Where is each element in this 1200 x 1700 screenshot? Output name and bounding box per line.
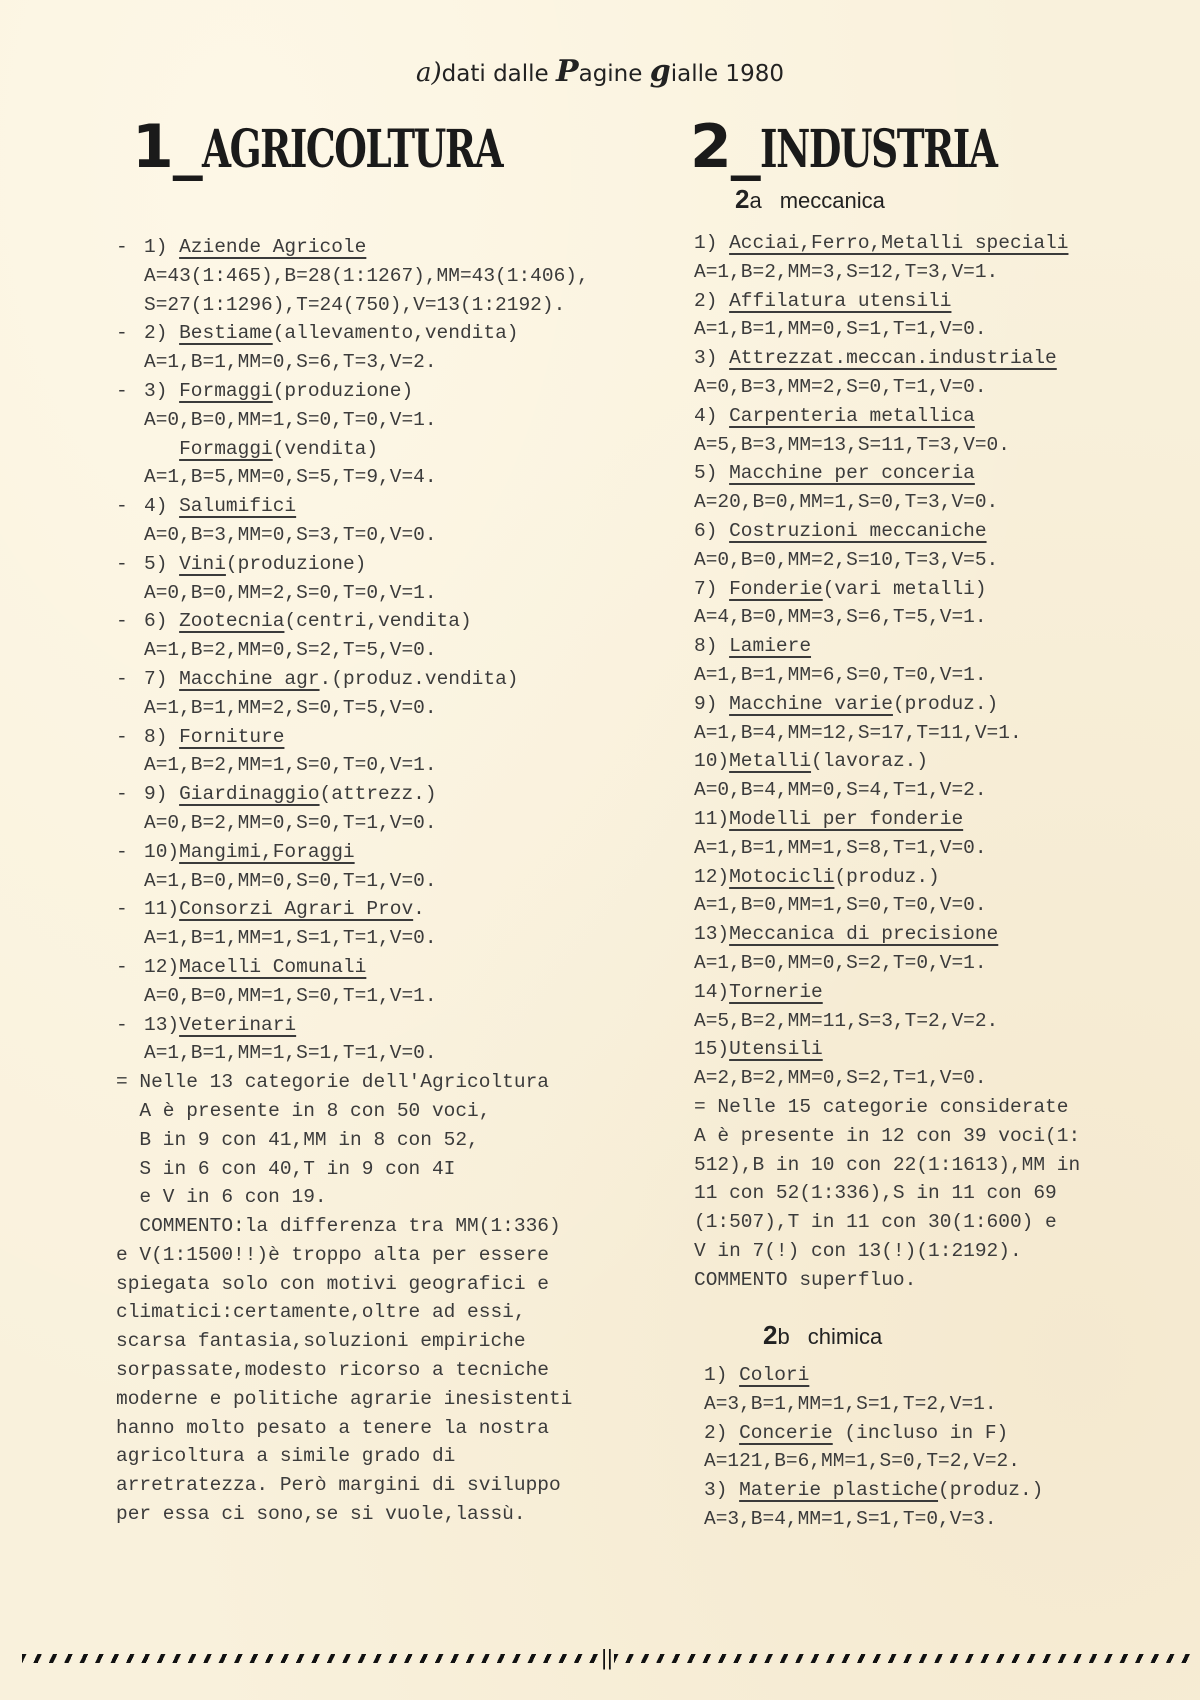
agricoltura-comment: e V(1:1500!!)è troppo alta per esserespi… (116, 1241, 676, 1529)
item-values: A=1,B=0,MM=0,S=2,T=0,V=1. (694, 949, 1174, 978)
item-number: 3) (694, 347, 729, 369)
subsection-letter: b (777, 1324, 789, 1349)
list-item-heading: 3) Attrezzat.meccan.industriale (694, 344, 1174, 373)
item-number: 2) (694, 290, 729, 312)
list-item-heading: 10)Metalli(lavoraz.) (694, 747, 1174, 776)
item-values: A=1,B=2,MM=3,S=12,T=3,V=1. (694, 258, 1174, 287)
subsection-meccanica: 2ameccanica (735, 184, 885, 215)
item-name: Affilatura utensili (729, 290, 951, 312)
agricoltura-list: -1) Aziende AgricoleA=43(1:465),B=28(1:1… (116, 233, 676, 1529)
item-number: 11) (144, 898, 179, 920)
summary-line: 512),B in 10 con 22(1:1613),MM in (694, 1151, 1174, 1180)
item-values: A=0,B=0,MM=2,S=10,T=3,V=5. (694, 546, 1174, 575)
item-number: 14) (694, 981, 729, 1003)
item-name: Mangimi,Foraggi (179, 841, 355, 863)
header-g-initial: g (650, 54, 671, 89)
item-qualifier: (incluso in F) (833, 1422, 1009, 1444)
summary-line: = Nelle 13 categorie dell'Agricoltura (116, 1068, 676, 1097)
list-item-heading: Formaggi(vendita) (116, 435, 676, 464)
item-name: Tornerie (729, 981, 823, 1003)
item-number: 5) (694, 462, 729, 484)
list-item-heading: 1) Acciai,Ferro,Metalli speciali (694, 229, 1174, 258)
item-qualifier: (centri,vendita) (284, 610, 471, 632)
footer-hatched-rule: || (22, 1652, 1192, 1664)
item-name: Colori (739, 1364, 809, 1386)
item-values: A=0,B=0,MM=2,S=0,T=0,V=1. (116, 579, 676, 608)
item-number: 9) (144, 783, 179, 805)
subsection-number: 2 (735, 184, 749, 214)
item-values: A=20,B=0,MM=1,S=0,T=3,V=0. (694, 488, 1174, 517)
summary-line: COMMENTO:la differenza tra MM(1:336) (116, 1212, 676, 1241)
summary-line: A è presente in 12 con 39 voci(1: (694, 1122, 1174, 1151)
item-number: 10) (144, 841, 179, 863)
subsection-chimica: 2bchimica (763, 1320, 882, 1351)
item-values: A=5,B=2,MM=11,S=3,T=2,V=2. (694, 1007, 1174, 1036)
section-title-agricoltura: 1_AGRICOLTURA (132, 112, 619, 182)
item-name: Attrezzat.meccan.industriale (729, 347, 1057, 369)
item-number: 3) (144, 380, 179, 402)
list-marker: - (116, 665, 144, 694)
item-number: 13) (144, 1014, 179, 1036)
list-item-heading: -11)Consorzi Agrari Prov. (116, 895, 676, 924)
item-number: 7) (694, 578, 729, 600)
item-qualifier: (vari metalli) (823, 578, 987, 600)
item-values: A=1,B=1,MM=0,S=1,T=1,V=0. (694, 315, 1174, 344)
list-item-heading: -7) Macchine agr.(produz.vendita) (116, 665, 676, 694)
summary-line: 11 con 52(1:336),S in 11 con 69 (694, 1179, 1174, 1208)
item-name: Giardinaggio (179, 783, 319, 805)
item-qualifier: (lavoraz.) (811, 750, 928, 772)
item-name: Macchine agr (179, 668, 319, 690)
item-values: A=1,B=1,MM=1,S=8,T=1,V=0. (694, 834, 1174, 863)
list-item-heading: 2) Affilatura utensili (694, 287, 1174, 316)
summary-line: (1:507),T in 11 con 30(1:600) e (694, 1208, 1174, 1237)
subsection-label: chimica (808, 1324, 883, 1349)
list-item-heading: -6) Zootecnia(centri,vendita) (116, 607, 676, 636)
section-name: INDUSTRIA (760, 119, 996, 180)
comment-line: hanno molto pesato a tenere la nostra (116, 1414, 676, 1443)
item-values: A=2,B=2,MM=0,S=2,T=1,V=0. (694, 1064, 1174, 1093)
list-marker: - (116, 838, 144, 867)
item-qualifier: (allevamento,vendita) (273, 322, 519, 344)
item-number: 7) (144, 668, 179, 690)
list-marker: - (116, 550, 144, 579)
item-number: 8) (144, 726, 179, 748)
item-values: A=1,B=4,MM=12,S=17,T=11,V=1. (694, 719, 1174, 748)
section-number: 2_ (690, 112, 760, 182)
list-item-heading: 2) Concerie (incluso in F) (704, 1419, 1174, 1448)
subsection-number: 2 (763, 1320, 777, 1350)
item-name: Meccanica di precisione (729, 923, 998, 945)
item-number: 3) (704, 1479, 739, 1501)
list-item-heading: 11)Modelli per fonderie (694, 805, 1174, 834)
summary-line: A è presente in 8 con 50 voci, (116, 1097, 676, 1126)
item-values: A=4,B=0,MM=3,S=6,T=5,V=1. (694, 603, 1174, 632)
list-item-heading: 9) Macchine varie(produz.) (694, 690, 1174, 719)
list-item-heading: -4) Salumifici (116, 492, 676, 521)
item-name: Zootecnia (179, 610, 284, 632)
header-text-2: agine (579, 61, 650, 87)
list-item-heading: 13)Meccanica di precisione (694, 920, 1174, 949)
list-marker: - (116, 607, 144, 636)
item-name: Concerie (739, 1422, 833, 1444)
header-prefix: a) (416, 58, 442, 88)
item-name: Lamiere (729, 635, 811, 657)
item-name: Macchine per conceria (729, 462, 975, 484)
list-item-heading: 1) Colori (704, 1361, 1174, 1390)
item-values: A=1,B=0,MM=0,S=0,T=1,V=0. (116, 867, 676, 896)
item-number: 9) (694, 693, 729, 715)
item-number: 4) (694, 405, 729, 427)
list-item-heading: 12)Motocicli(produz.) (694, 863, 1174, 892)
item-name: Aziende Agricole (179, 236, 366, 258)
item-name: Formaggi (179, 380, 273, 402)
item-number: 1) (144, 236, 179, 258)
item-qualifier: (produz.) (893, 693, 998, 715)
list-item-heading: -1) Aziende Agricole (116, 233, 676, 262)
list-item-heading: 5) Macchine per conceria (694, 459, 1174, 488)
list-item-heading: 6) Costruzioni meccaniche (694, 517, 1174, 546)
item-values: A=1,B=2,MM=1,S=0,T=0,V=1. (116, 751, 676, 780)
list-marker: - (116, 492, 144, 521)
summary-line: = Nelle 15 categorie considerate (694, 1093, 1174, 1122)
section-number: 1_ (132, 112, 202, 182)
item-values: A=1,B=2,MM=0,S=2,T=5,V=0. (116, 636, 676, 665)
summary-line: COMMENTO superfluo. (694, 1266, 1174, 1295)
item-qualifier: (produz.) (938, 1479, 1043, 1501)
item-values: A=0,B=3,MM=2,S=0,T=1,V=0. (694, 373, 1174, 402)
list-item-heading: 4) Carpenteria metallica (694, 402, 1174, 431)
item-name: Acciai,Ferro,Metalli speciali (729, 232, 1068, 254)
subsection-label: meccanica (780, 188, 885, 213)
item-name: Modelli per fonderie (729, 808, 963, 830)
item-name: Bestiame (179, 322, 273, 344)
comment-line: spiegata solo con motivi geografici e (116, 1270, 676, 1299)
item-name: Macchine varie (729, 693, 893, 715)
comment-line: climatici:certamente,oltre ad essi, (116, 1298, 676, 1327)
item-values: A=1,B=1,MM=6,S=0,T=0,V=1. (694, 661, 1174, 690)
item-qualifier: (attrezz.) (320, 783, 437, 805)
comment-line: per essa ci sono,se si vuole,lassù. (116, 1500, 676, 1529)
item-qualifier: . (413, 898, 425, 920)
item-number: 2) (144, 322, 179, 344)
item-number: 6) (694, 520, 729, 542)
list-item-heading: -9) Giardinaggio(attrezz.) (116, 780, 676, 809)
meccanica-list: 1) Acciai,Ferro,Metalli specialiA=1,B=2,… (694, 229, 1174, 1294)
item-number: 10) (694, 750, 729, 772)
item-qualifier: (produzione) (226, 553, 366, 575)
list-marker: - (116, 233, 144, 262)
item-values: A=1,B=1,MM=2,S=0,T=5,V=0. (116, 694, 676, 723)
item-name: Veterinari (179, 1014, 296, 1036)
item-name: Vini (179, 553, 226, 575)
subsection-letter: a (749, 188, 761, 213)
list-marker: - (116, 319, 144, 348)
list-item-heading: 7) Fonderie(vari metalli) (694, 575, 1174, 604)
list-item-heading: 8) Lamiere (694, 632, 1174, 661)
list-item-heading: -5) Vini(produzione) (116, 550, 676, 579)
item-number: 1) (704, 1364, 739, 1386)
list-item-heading: -12)Macelli Comunali (116, 953, 676, 982)
list-marker: - (116, 780, 144, 809)
footer-center-mark: || (600, 1652, 614, 1664)
list-item-heading: -3) Formaggi(produzione) (116, 377, 676, 406)
item-number: 6) (144, 610, 179, 632)
item-values: A=0,B=3,MM=0,S=3,T=0,V=0. (116, 521, 676, 550)
item-name: Salumifici (179, 495, 296, 517)
item-number: 4) (144, 495, 179, 517)
item-name: Costruzioni meccaniche (729, 520, 986, 542)
agricoltura-summary: = Nelle 13 categorie dell'Agricoltura A … (116, 1068, 676, 1241)
footer-hatch-right (614, 1654, 1192, 1663)
item-values: S=27(1:1296),T=24(750),V=13(1:2192). (116, 291, 676, 320)
item-values: A=5,B=3,MM=13,S=11,T=3,V=0. (694, 431, 1174, 460)
header-text-1: dati dalle (442, 61, 556, 87)
list-item-heading: -2) Bestiame(allevamento,vendita) (116, 319, 676, 348)
item-number: 5) (144, 553, 179, 575)
list-item-heading: -8) Forniture (116, 723, 676, 752)
item-name: Motocicli (729, 866, 834, 888)
item-qualifier: .(produz.vendita) (320, 668, 519, 690)
summary-line: e V in 6 con 19. (116, 1183, 676, 1212)
item-values: A=43(1:465),B=28(1:1267),MM=43(1:406), (116, 262, 676, 291)
item-number: 13) (694, 923, 729, 945)
item-name: Metalli (729, 750, 811, 772)
item-number: 1) (694, 232, 729, 254)
item-values: A=1,B=5,MM=0,S=5,T=9,V=4. (116, 463, 676, 492)
item-values: A=121,B=6,MM=1,S=0,T=2,V=2. (704, 1447, 1174, 1476)
list-marker: - (116, 895, 144, 924)
header-p-initial: P (556, 54, 579, 89)
item-number: 15) (694, 1038, 729, 1060)
item-number: 11) (694, 808, 729, 830)
list-item-heading: 14)Tornerie (694, 978, 1174, 1007)
comment-line: agricoltura a simile grado di (116, 1442, 676, 1471)
list-item-heading: -10)Mangimi,Foraggi (116, 838, 676, 867)
section-name: AGRICOLTURA (202, 119, 502, 180)
comment-line: scarsa fantasia,soluzioni empiriche (116, 1327, 676, 1356)
summary-line: B in 9 con 41,MM in 8 con 52, (116, 1126, 676, 1155)
item-values: A=0,B=0,MM=1,S=0,T=1,V=1. (116, 982, 676, 1011)
item-name: Forniture (179, 726, 284, 748)
item-name: Consorzi Agrari Prov (179, 898, 413, 920)
item-indent (144, 438, 179, 460)
summary-line: S in 6 con 40,T in 9 con 4I (116, 1155, 676, 1184)
item-values: A=3,B=1,MM=1,S=1,T=2,V=1. (704, 1390, 1174, 1419)
item-values: A=0,B=4,MM=0,S=4,T=1,V=2. (694, 776, 1174, 805)
item-values: A=1,B=1,MM=1,S=1,T=1,V=0. (116, 924, 676, 953)
list-marker: - (116, 723, 144, 752)
item-name: Fonderie (729, 578, 823, 600)
comment-line: e V(1:1500!!)è troppo alta per essere (116, 1241, 676, 1270)
list-marker: - (116, 377, 144, 406)
item-number: 2) (704, 1422, 739, 1444)
item-number: 8) (694, 635, 729, 657)
meccanica-summary: = Nelle 15 categorie considerateA è pres… (694, 1093, 1174, 1295)
footer-hatch-left (22, 1654, 600, 1663)
item-values: A=0,B=2,MM=0,S=0,T=1,V=0. (116, 809, 676, 838)
comment-line: moderne e politiche agrarie inesistenti (116, 1385, 676, 1414)
list-marker: - (116, 953, 144, 982)
item-number: 12) (694, 866, 729, 888)
item-name: Formaggi (179, 438, 273, 460)
item-name: Carpenteria metallica (729, 405, 975, 427)
chimica-list: 1) ColoriA=3,B=1,MM=1,S=1,T=2,V=1.2) Con… (704, 1361, 1174, 1534)
item-name: Materie plastiche (739, 1479, 938, 1501)
item-qualifier: (produz.) (834, 866, 939, 888)
list-item-heading: 3) Materie plastiche(produz.) (704, 1476, 1174, 1505)
list-item-heading: -13)Veterinari (116, 1011, 676, 1040)
item-number: 12) (144, 956, 179, 978)
item-values: A=1,B=1,MM=1,S=1,T=1,V=0. (116, 1039, 676, 1068)
item-qualifier: (vendita) (273, 438, 378, 460)
summary-line: V in 7(!) con 13(!)(1:2192). (694, 1237, 1174, 1266)
item-name: Macelli Comunali (179, 956, 366, 978)
item-values: A=0,B=0,MM=1,S=0,T=0,V=1. (116, 406, 676, 435)
header-text-3: ialle 1980 (671, 61, 784, 87)
page-header: a)dati dalle Pagine gialle 1980 (0, 54, 1200, 89)
section-title-industria: 2_INDUSTRIA (690, 112, 1088, 182)
list-marker: - (116, 1011, 144, 1040)
list-item-heading: 15)Utensili (694, 1035, 1174, 1064)
item-values: A=1,B=1,MM=0,S=6,T=3,V=2. (116, 348, 676, 377)
item-qualifier: (produzione) (273, 380, 413, 402)
item-values: A=1,B=0,MM=1,S=0,T=0,V=0. (694, 891, 1174, 920)
item-values: A=3,B=4,MM=1,S=1,T=0,V=3. (704, 1505, 1174, 1534)
comment-line: arretratezza. Però margini di sviluppo (116, 1471, 676, 1500)
comment-line: sorpassate,modesto ricorso a tecniche (116, 1356, 676, 1385)
item-name: Utensili (729, 1038, 823, 1060)
